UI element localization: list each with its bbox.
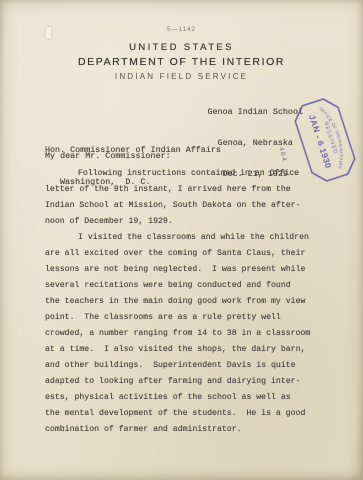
- letterhead-country: UNITED STATES: [0, 42, 363, 53]
- body-line: and other buildings. Superintendent Davi…: [45, 358, 317, 374]
- paragraph: Following instructions contained in an O…: [45, 166, 317, 230]
- body-line: are all excited over the coming of Santa…: [45, 246, 317, 262]
- salutation: My dear Mr. Commissioner:: [45, 151, 171, 161]
- body-line: adapted to looking after farming and dai…: [45, 374, 317, 390]
- body-line: ests, physical activities of the school …: [45, 390, 317, 406]
- body-line: the mental development of the students. …: [45, 406, 317, 422]
- body-line: the teachers in the main doing good work…: [45, 294, 317, 310]
- form-number: 5—1142: [0, 26, 363, 33]
- paragraph: I visited the classrooms and while the c…: [45, 230, 317, 438]
- body-line: noon of December 19, 1929.: [45, 214, 317, 230]
- letterhead-department: DEPARTMENT OF THE INTERIOR: [0, 56, 363, 68]
- letter-body: Following instructions contained in an O…: [45, 166, 317, 438]
- body-line: crowded, a number ranging from 14 to 38 …: [45, 326, 317, 342]
- body-line: lessons are not being neglected. I was p…: [45, 262, 317, 278]
- body-line: at a time. I also visited the shops, the…: [45, 342, 317, 358]
- body-line: letter of the 9th instant, I arrived her…: [45, 182, 317, 198]
- body-line: Indian School at Mission, South Dakota o…: [45, 198, 317, 214]
- dateline-place: Genoa, Nebraska: [208, 138, 304, 148]
- body-line: I visited the classrooms and while the c…: [45, 230, 317, 246]
- body-line: several recitations were being conducted…: [45, 278, 317, 294]
- letterhead-service: INDIAN FIELD SERVICE: [0, 72, 363, 81]
- body-line: Following instructions contained in an O…: [45, 166, 317, 182]
- letter-page: 5—1142 UNITED STATES DEPARTMENT OF THE I…: [0, 0, 363, 480]
- body-line: point. The classrooms are as a rule pret…: [45, 310, 317, 326]
- body-line: combination of farmer and administrator.: [45, 422, 317, 438]
